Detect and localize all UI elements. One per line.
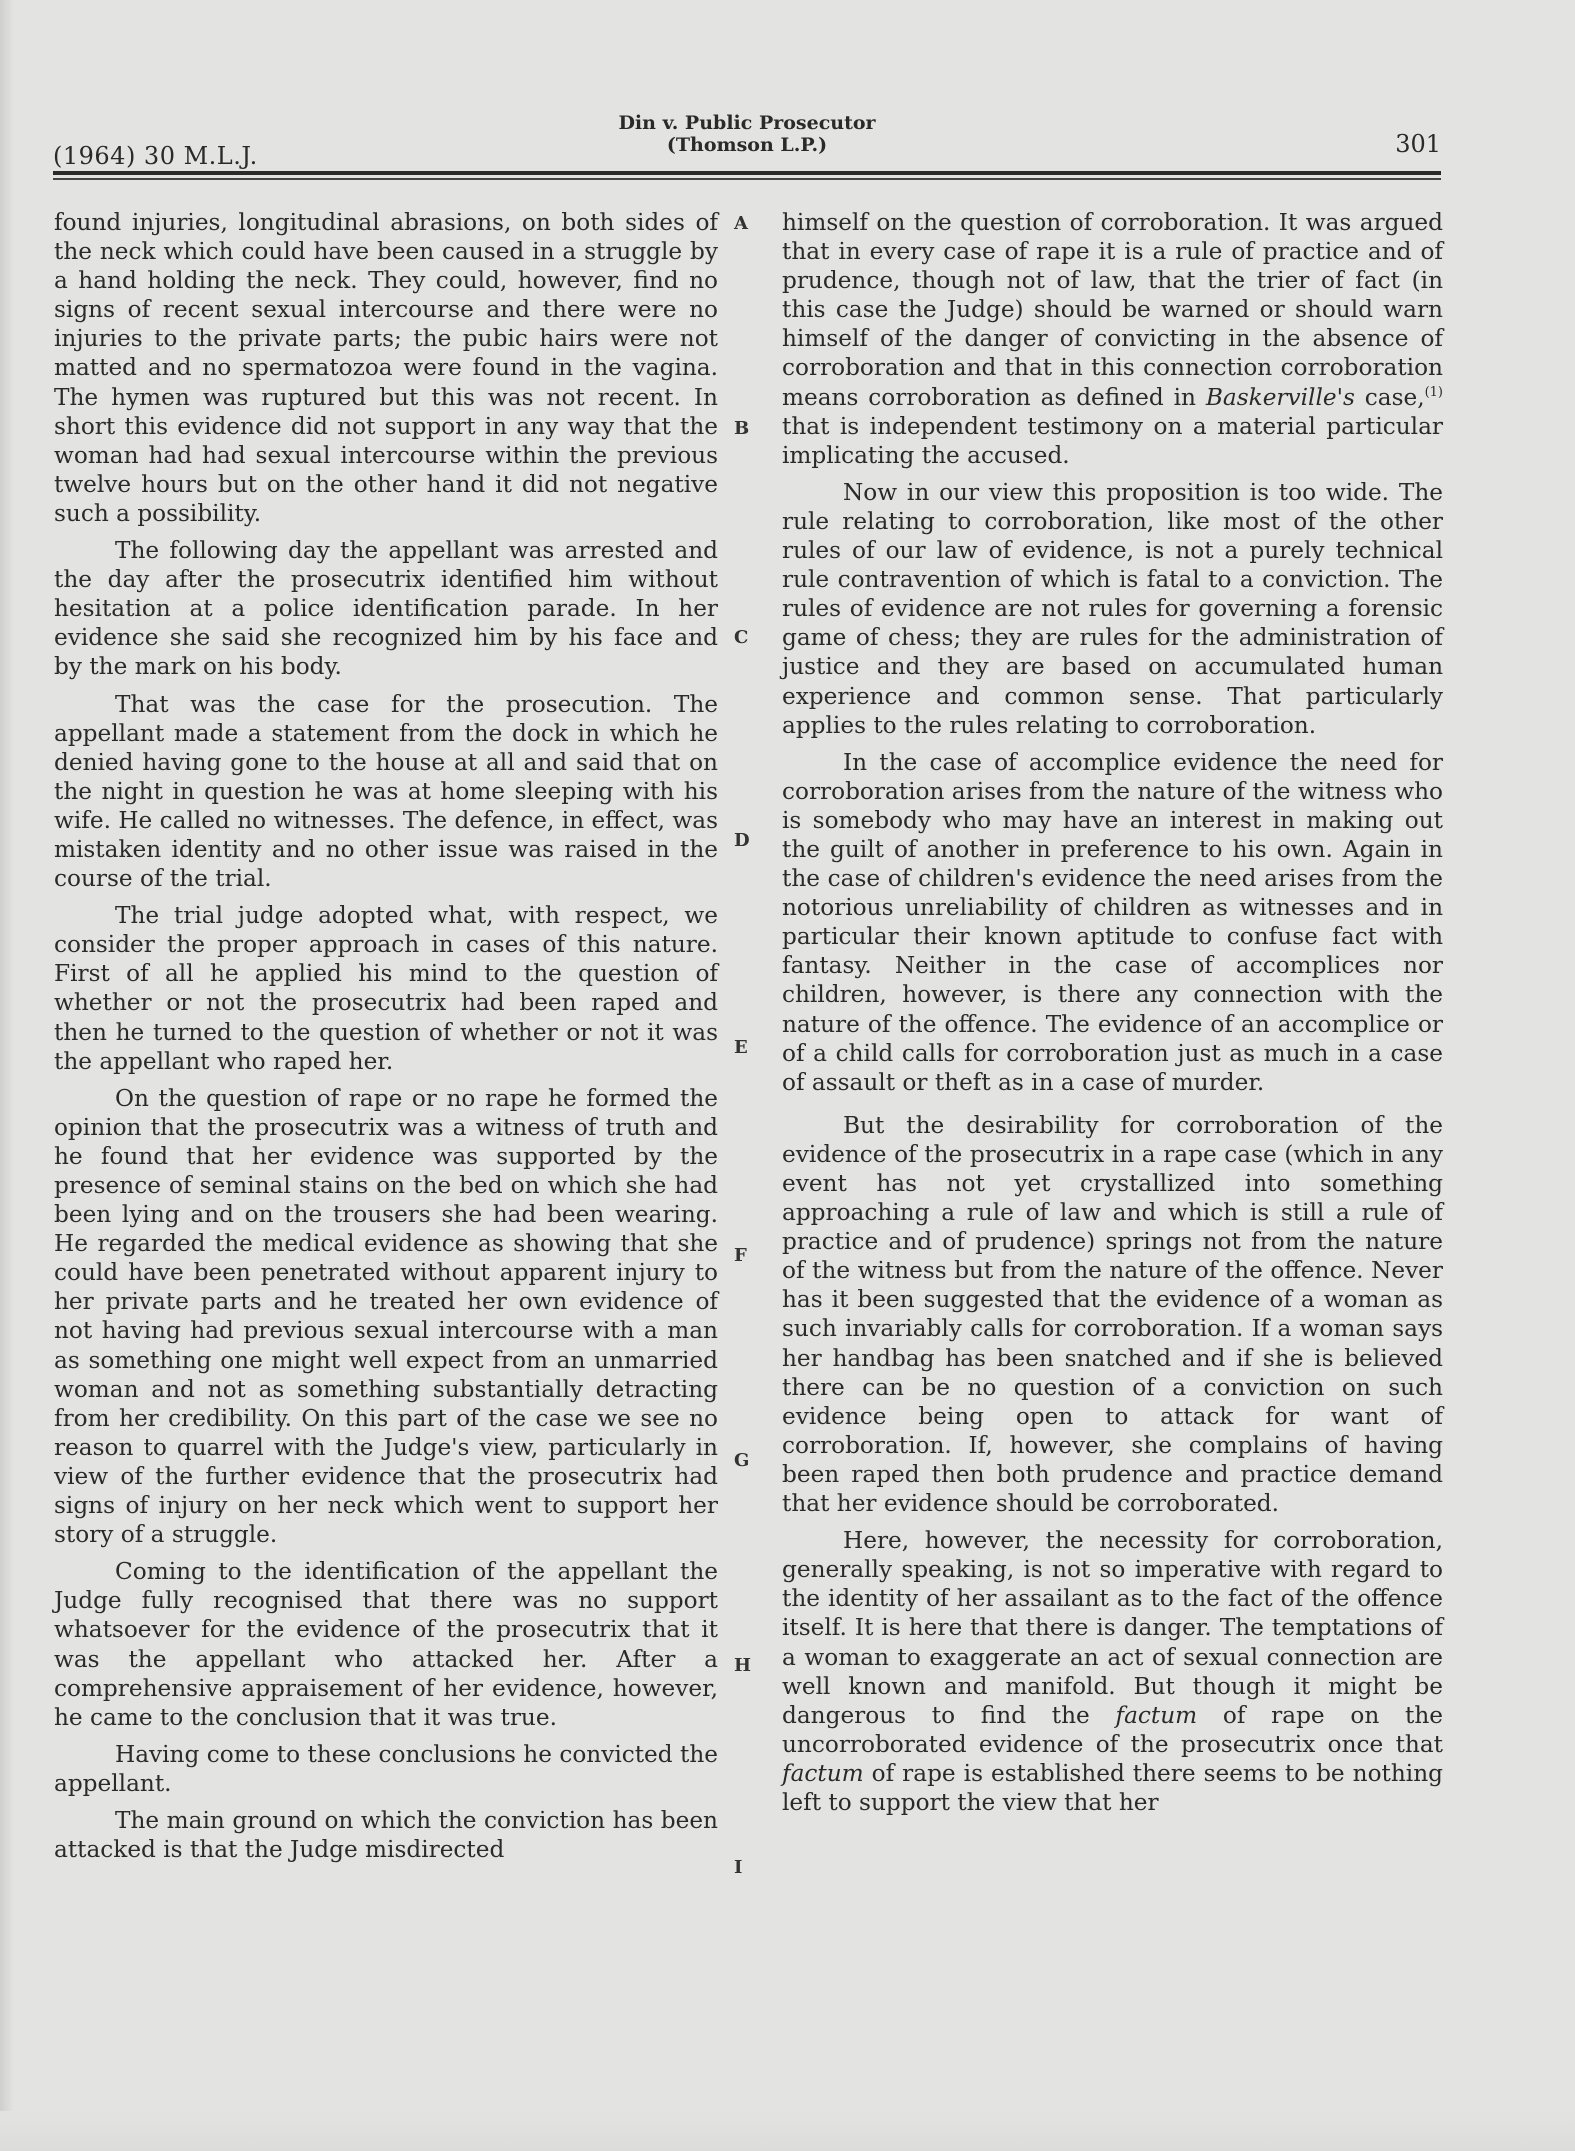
- case-name-italic: Baskerville's: [1206, 384, 1355, 411]
- case-title: Din v. Public Prosecutor: [53, 112, 1441, 134]
- paragraph: Coming to the identification of the appe…: [54, 1557, 718, 1732]
- paragraph: But the desirability for corroboration o…: [782, 1111, 1443, 1518]
- paragraph: Having come to these conclusions he conv…: [54, 1740, 718, 1798]
- page-bottom-shadow: [0, 2111, 1575, 2151]
- margin-letter-g: G: [734, 1450, 749, 1471]
- footnote-reference: (1): [1425, 385, 1443, 400]
- paragraph: In the case of accomplice evidence the n…: [782, 748, 1443, 1097]
- paragraph: found injuries, longitudinal abrasions, …: [54, 208, 718, 528]
- margin-letter-b: B: [734, 418, 749, 439]
- latin-term-italic: factum: [782, 1760, 864, 1787]
- case-heading: Din v. Public Prosecutor (Thomson L.P.): [53, 112, 1441, 156]
- margin-letter-d: D: [734, 830, 750, 851]
- margin-letter-e: E: [734, 1037, 748, 1058]
- paragraph: On the question of rape or no rape he fo…: [54, 1084, 718, 1550]
- margin-letter-i: I: [734, 1857, 742, 1878]
- header-rule-thick: [53, 171, 1441, 175]
- margin-letter-f: F: [734, 1245, 747, 1266]
- header-rule-thin: [53, 178, 1441, 180]
- page-number: 301: [1395, 130, 1441, 158]
- paragraph: The main ground on which the conviction …: [54, 1806, 718, 1864]
- paragraph: The following day the appellant was arre…: [54, 536, 718, 681]
- right-column: himself on the question of corroboration…: [782, 208, 1443, 1817]
- page-edge-shadow: [0, 0, 14, 2151]
- paragraph: Now in our view this proposition is too …: [782, 478, 1443, 740]
- paragraph: The trial judge adopted what, with respe…: [54, 901, 718, 1076]
- court-judge: (Thomson L.P.): [53, 134, 1441, 156]
- left-column: found injuries, longitudinal abrasions, …: [54, 208, 718, 1864]
- paragraph: That was the case for the prosecution. T…: [54, 690, 718, 894]
- paragraph: Here, however, the necessity for corrobo…: [782, 1526, 1443, 1817]
- margin-letter-a: A: [734, 213, 748, 234]
- margin-letter-c: C: [734, 627, 748, 648]
- running-head: (1964) 30 M.L.J. Din v. Public Prosecuto…: [53, 112, 1441, 170]
- margin-letter-h: H: [734, 1655, 751, 1676]
- latin-term-italic: factum: [1116, 1702, 1198, 1729]
- paragraph: himself on the question of corroboration…: [782, 208, 1443, 470]
